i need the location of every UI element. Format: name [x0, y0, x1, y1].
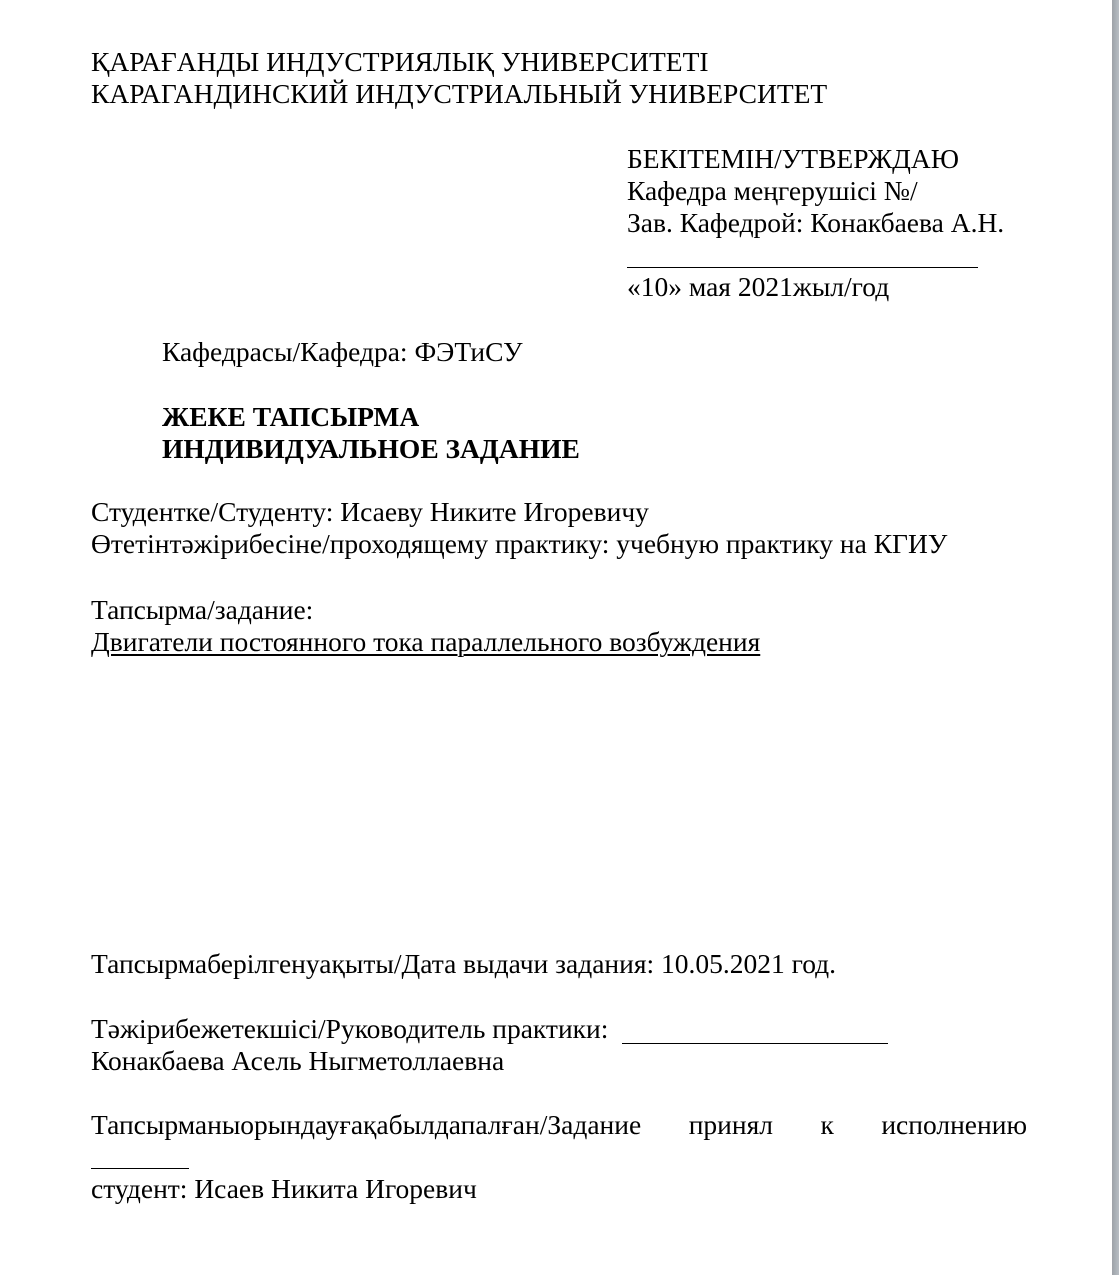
- acceptance-word: принял: [689, 1109, 773, 1141]
- department-label: Кафедрасы/Кафедра:: [162, 336, 408, 367]
- task-value: Двигатели постоянного тока параллельного…: [91, 626, 760, 658]
- practice-label: Өтетінтәжірибесіне/проходящему практику:: [91, 528, 609, 559]
- department-value: ФЭТиСУ: [414, 336, 522, 367]
- approval-head-kz: Кафедра меңгерушісі №/: [627, 175, 918, 207]
- window-edge-scrollbar[interactable]: [1112, 0, 1119, 1275]
- acceptance-signature-line: [91, 1168, 189, 1169]
- supervisor-name: Конакбаева Асель Ныгметоллаевна: [91, 1045, 504, 1077]
- issue-date-line: Тапсырмаберілгенуақыты/Дата выдачи задан…: [91, 948, 836, 980]
- issue-date-label: Тапсырмаберілгенуақыты/Дата выдачи задан…: [91, 948, 654, 979]
- supervisor-signature-line: [622, 1043, 888, 1044]
- student-name: Исаеву Никите Игоревичу: [340, 496, 649, 527]
- university-name-kz: ҚАРАҒАНДЫ ИНДУСТРИЯЛЫҚ УНИВЕРСИТЕТІ: [91, 46, 709, 78]
- acceptance-word: к: [820, 1109, 833, 1141]
- department: Кафедрасы/Кафедра: ФЭТиСУ: [162, 336, 523, 368]
- acceptance-line: Тапсырманыорындауғақабылдапалған/Задание…: [91, 1109, 1027, 1141]
- student-line: Студентке/Студенту: Исаеву Никите Игорев…: [91, 496, 649, 528]
- supervisor-label: Тәжірибежетекшісі/Руководитель практики:: [91, 1013, 608, 1045]
- acceptance-student: студент: Исаев Никита Игоревич: [91, 1173, 477, 1205]
- approval-title: БЕКІТЕМІН/УТВЕРЖДАЮ: [627, 143, 959, 175]
- practice-value: учебную практику на КГИУ: [616, 528, 947, 559]
- practice-line: Өтетінтәжірибесіне/проходящему практику:…: [91, 528, 947, 560]
- student-label: Студентке/Студенту:: [91, 496, 333, 527]
- approval-signature-line: [627, 267, 978, 268]
- acceptance-word: исполнению: [881, 1109, 1027, 1141]
- acceptance-word: Тапсырманыорындауғақабылдапалған/Задание: [91, 1109, 641, 1141]
- issue-date-value: 10.05.2021 год.: [661, 948, 836, 979]
- document-page: ҚАРАҒАНДЫ ИНДУСТРИЯЛЫҚ УНИВЕРСИТЕТІ КАРА…: [0, 0, 1112, 1275]
- doc-title-kz: ЖЕКЕ ТАПСЫРМА: [162, 401, 419, 433]
- task-label: Тапсырма/задание:: [91, 594, 313, 626]
- university-name-ru: КАРАГАНДИНСКИЙ ИНДУСТРИАЛЬНЫЙ УНИВЕРСИТЕ…: [91, 78, 827, 110]
- doc-title-ru: ИНДИВИДУАЛЬНОЕ ЗАДАНИЕ: [162, 433, 580, 465]
- approval-head-ru: Зав. Кафедрой: Конакбаева А.Н.: [627, 207, 1004, 239]
- approval-date: «10» мая 2021жыл/год: [627, 271, 889, 303]
